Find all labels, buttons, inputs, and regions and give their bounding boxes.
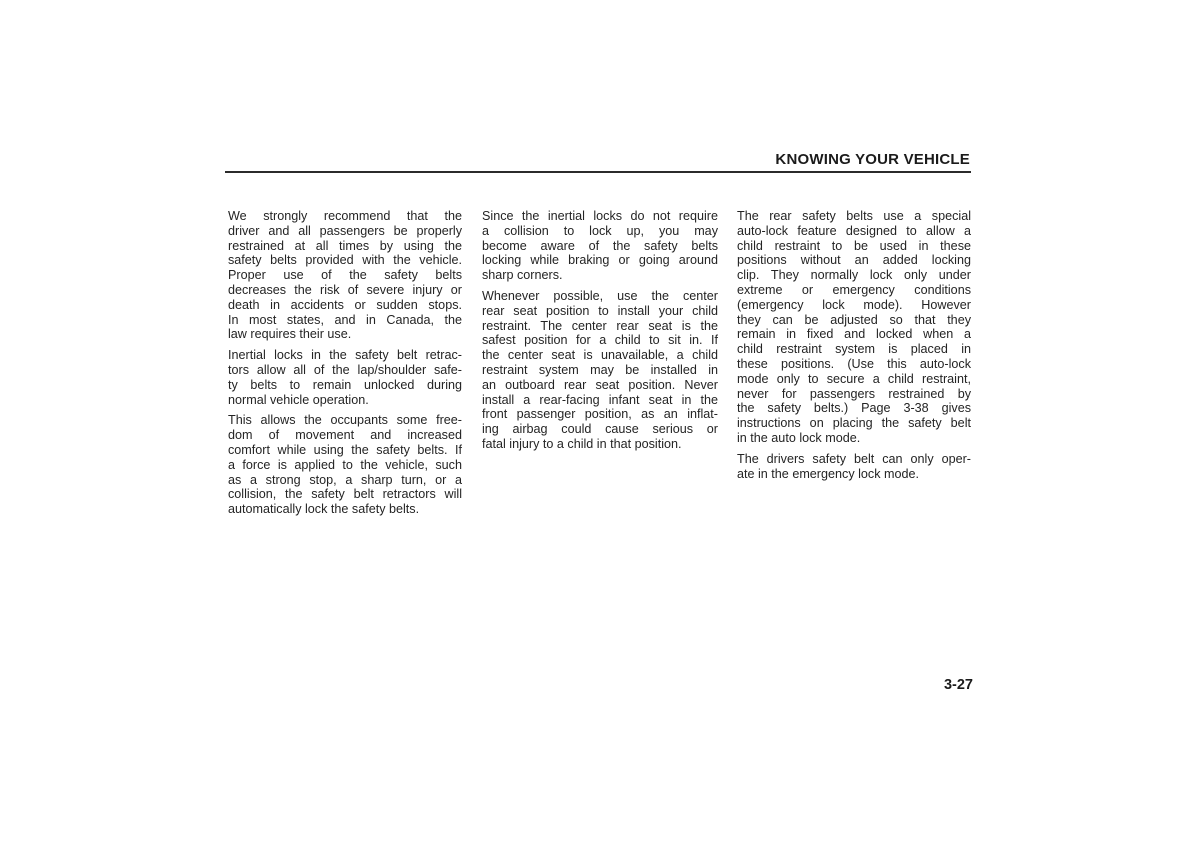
- text-line: locking while braking or going around: [482, 253, 718, 268]
- text-line: install a rear-facing infant seat in the: [482, 393, 718, 408]
- text-column-left: We strongly recommend that thedriver and…: [228, 209, 462, 523]
- text-line: restraint system may be installed in: [482, 363, 718, 378]
- text-line: fatal injury to a child in that position…: [482, 437, 718, 452]
- text-line: a force is applied to the vehicle, such: [228, 458, 462, 473]
- text-line: sharp corners.: [482, 268, 718, 283]
- paragraph: This allows the occupants some free-dom …: [228, 413, 462, 517]
- text-line: death in accidents or sudden stops.: [228, 298, 462, 313]
- text-line: never for passengers restrained by: [737, 387, 971, 402]
- paragraph: Since the inertial locks do not requirea…: [482, 209, 718, 283]
- paragraph: We strongly recommend that thedriver and…: [228, 209, 462, 342]
- text-line: This allows the occupants some free-: [228, 413, 462, 428]
- text-line: Whenever possible, use the center: [482, 289, 718, 304]
- text-line: law requires their use.: [228, 327, 462, 342]
- text-line: tors allow all of the lap/shoulder safe-: [228, 363, 462, 378]
- page-header-title: KNOWING YOUR VEHICLE: [775, 151, 970, 168]
- page-number: 3-27: [944, 677, 973, 693]
- text-line: child restraint to be used in these: [737, 239, 971, 254]
- text-line: ty belts to remain unlocked during: [228, 378, 462, 393]
- text-line: rear seat position to install your child: [482, 304, 718, 319]
- text-line: (emergency lock mode). However: [737, 298, 971, 313]
- paragraph: Whenever possible, use the centerrear se…: [482, 289, 718, 452]
- text-line: The rear safety belts use a special: [737, 209, 971, 224]
- paragraph: Inertial locks in the safety belt retrac…: [228, 348, 462, 407]
- text-line: Inertial locks in the safety belt retrac…: [228, 348, 462, 363]
- paragraph: The drivers safety belt can only oper-at…: [737, 452, 971, 482]
- text-line: clip. They normally lock only under: [737, 268, 971, 283]
- text-line: as a strong stop, a sharp turn, or a: [228, 473, 462, 488]
- text-line: automatically lock the safety belts.: [228, 502, 462, 517]
- text-line: restrained at all times by using the: [228, 239, 462, 254]
- text-line: the center seat is unavailable, a child: [482, 348, 718, 363]
- header-rule: [225, 171, 971, 173]
- text-line: mode only to secure a child restraint,: [737, 372, 971, 387]
- text-line: We strongly recommend that the: [228, 209, 462, 224]
- paragraph: The rear safety belts use a specialauto-…: [737, 209, 971, 446]
- text-column-right: The rear safety belts use a specialauto-…: [737, 209, 971, 487]
- text-line: instructions on placing the safety belt: [737, 416, 971, 431]
- text-line: Proper use of the safety belts: [228, 268, 462, 283]
- text-line: the safety belts.) Page 3-38 gives: [737, 401, 971, 416]
- text-line: comfort while using the safety belts. If: [228, 443, 462, 458]
- text-line: a collision to lock up, you may: [482, 224, 718, 239]
- text-line: driver and all passengers be properly: [228, 224, 462, 239]
- text-line: an outboard rear seat position. Never: [482, 378, 718, 393]
- text-line: In most states, and in Canada, the: [228, 313, 462, 328]
- text-line: child restraint system is placed in: [737, 342, 971, 357]
- text-line: decreases the risk of severe injury or: [228, 283, 462, 298]
- text-line: Since the inertial locks do not require: [482, 209, 718, 224]
- text-line: front passenger position, as an inflat-: [482, 407, 718, 422]
- text-line: auto-lock feature designed to allow a: [737, 224, 971, 239]
- text-line: dom of movement and increased: [228, 428, 462, 443]
- text-line: ate in the emergency lock mode.: [737, 467, 971, 482]
- text-line: collision, the safety belt retractors wi…: [228, 487, 462, 502]
- text-column-center: Since the inertial locks do not requirea…: [482, 209, 718, 458]
- text-line: ing airbag could cause serious or: [482, 422, 718, 437]
- text-line: become aware of the safety belts: [482, 239, 718, 254]
- text-line: normal vehicle operation.: [228, 393, 462, 408]
- text-line: in the auto lock mode.: [737, 431, 971, 446]
- text-line: safety belts provided with the vehicle.: [228, 253, 462, 268]
- text-line: positions without an added locking: [737, 253, 971, 268]
- text-line: extreme or emergency conditions: [737, 283, 971, 298]
- text-line: restraint. The center rear seat is the: [482, 319, 718, 334]
- manual-page: KNOWING YOUR VEHICLE We strongly recomme…: [0, 0, 1200, 848]
- text-line: The drivers safety belt can only oper-: [737, 452, 971, 467]
- text-line: safest position for a child to sit in. I…: [482, 333, 718, 348]
- text-line: remain in fixed and locked when a: [737, 327, 971, 342]
- text-line: they can be adjusted so that they: [737, 313, 971, 328]
- text-line: these positions. (Use this auto-lock: [737, 357, 971, 372]
